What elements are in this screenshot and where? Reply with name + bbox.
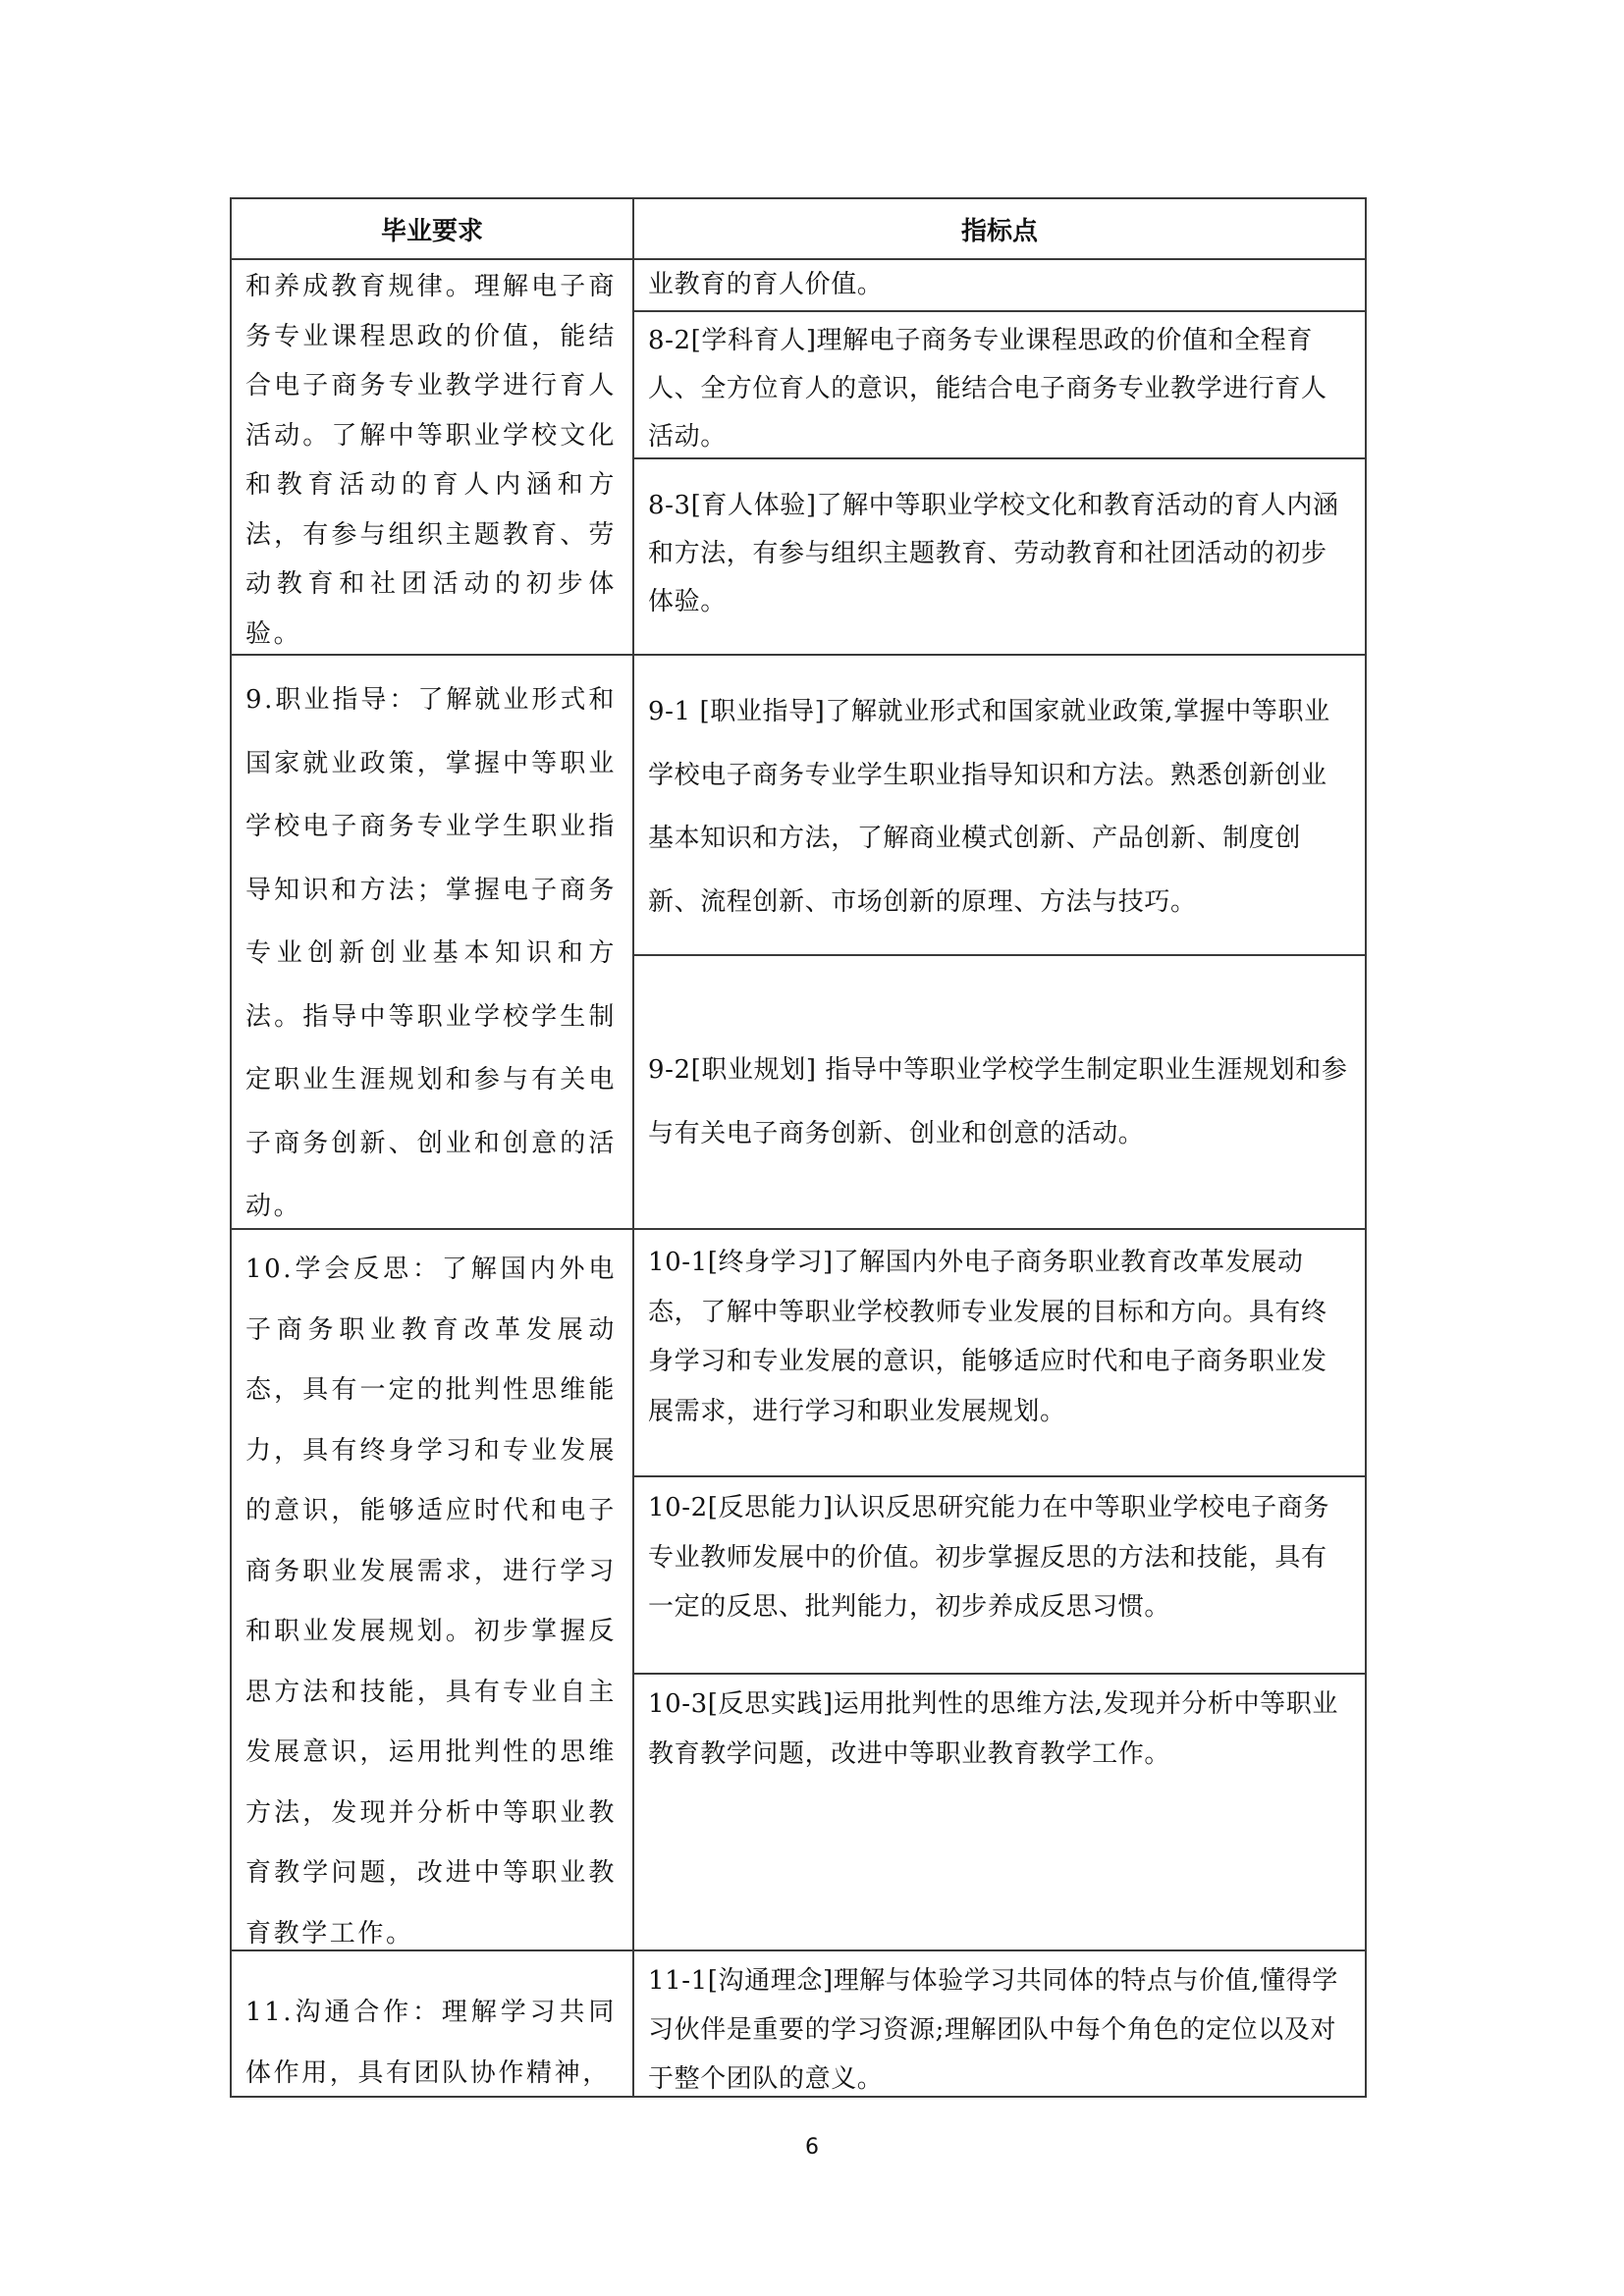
indicator-cell-10-1: 10-1[终身学习]了解国内外电子商务职业教育改革发展动态，了解中等职业学校教师… <box>634 1238 1365 1473</box>
row-divider <box>634 310 1365 312</box>
row-divider <box>634 1475 1365 1477</box>
row-divider <box>232 1949 1365 1951</box>
indicator-cell-11-1: 11-1[沟通理念]理解与体验学习共同体的特点与价值,懂得学习伙伴是重要的学习资… <box>634 1956 1365 2096</box>
header-indicator: 指标点 <box>634 199 1365 259</box>
indicator-cell-10-3: 10-3[反思实践]运用批判性的思维方法,发现并分析中等职业教育教学问题，改进中… <box>634 1680 1365 1945</box>
row-divider <box>634 457 1365 459</box>
indicator-cell-9-1: 9-1 [职业指导]了解就业形式和国家就业政策,掌握中等职业学校电子商务专业学生… <box>634 680 1365 955</box>
indicator-cell-8-3: 8-3[育人体验]了解中等职业学校文化和教育活动的育人内涵和方法，有参与组织主题… <box>634 482 1365 649</box>
requirement-cell-8: 和养成教育规律。理解电子商务专业课程思政的价值，能结合电子商务专业教学进行育人活… <box>232 262 632 655</box>
indicator-cell-8-2: 8-2[学科育人]理解电子商务专业课程思政的价值和全程育人、全方位育人的意识，能… <box>634 317 1365 458</box>
indicator-cell-9-2: 9-2[职业规划] 指导中等职业学校学生制定职业生涯规划和参与有关电子商务创新、… <box>634 1039 1365 1186</box>
document-page: 毕业要求 指标点 和养成教育规律。理解电子商务专业课程思政的价值，能结合电子商务… <box>0 0 1624 2296</box>
row-divider <box>634 954 1365 956</box>
indicator-cell-10-2: 10-2[反思能力]认识反思研究能力在中等职业学校电子商务专业教师发展中的价值。… <box>634 1483 1365 1670</box>
graduation-requirements-table: 毕业要求 指标点 和养成教育规律。理解电子商务专业课程思政的价值，能结合电子商务… <box>230 197 1367 2098</box>
indicator-cell-8-1: 业教育的育人价值。 <box>634 260 1365 311</box>
row-divider <box>232 654 1365 656</box>
requirement-cell-10: 10.学会反思：了解国内外电子商务职业教育改革发展动态，具有一定的批判性思维能力… <box>232 1240 632 1947</box>
row-divider <box>232 1228 1365 1230</box>
header-requirement: 毕业要求 <box>232 199 632 259</box>
requirement-cell-9: 9.职业指导：了解就业形式和国家就业政策，掌握中等职业学校电子商务专业学生职业指… <box>232 668 632 1228</box>
page-number: 6 <box>0 2135 1624 2160</box>
requirement-cell-11: 11.沟通合作：理解学习共同体作用，具有团队协作精神， <box>232 1982 632 2098</box>
row-divider <box>634 1673 1365 1675</box>
